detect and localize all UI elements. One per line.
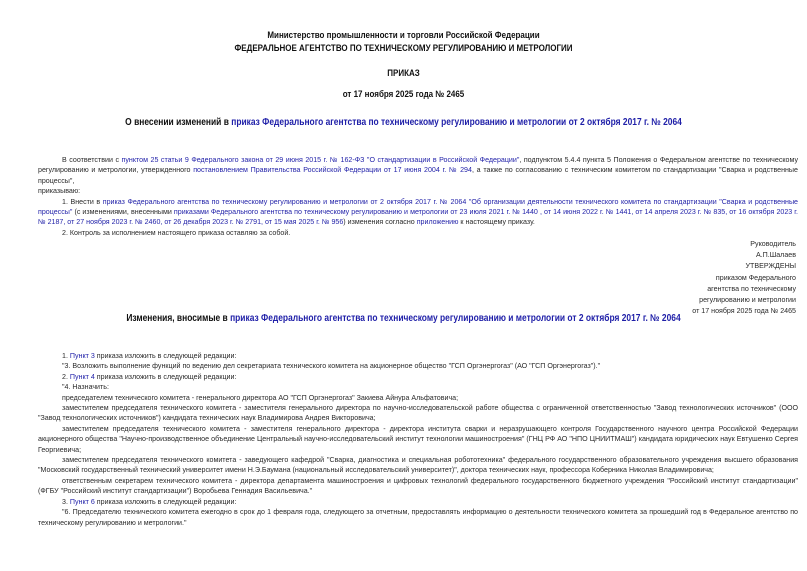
change-1: 1. Пункт 3 приказа изложить в следующей … [38,351,798,361]
appointment-deputy-1: заместителем председателя технического к… [38,403,798,424]
title-link[interactable]: приказ Федерального агентства по техниче… [231,117,682,128]
annex-body: 1. Пункт 3 приказа изложить в следующей … [38,351,798,528]
change-text: приказа изложить в следующей редакции: [95,498,237,506]
signer-position: Руководитель [576,239,796,250]
document-title: О внесении изменений в приказ Федерально… [56,117,750,128]
approved-line-2: агентства по техническому [576,284,796,295]
order-item-2: 2. Контроль за исполнением настоящего пр… [38,228,798,238]
appointment-secretary: ответственным секретарем технического ко… [38,476,798,497]
change-2-quote: "4. Назначить: [38,382,798,392]
decree-link[interactable]: постановлением Правительства Российской … [193,166,472,174]
clause-3-link[interactable]: Пункт 3 [70,352,95,360]
clause-6-link[interactable]: Пункт 6 [70,498,95,506]
change-1-quote: "3. Возложить выполнение функций по веде… [38,361,798,371]
document-date: от 17 ноября 2025 года № 2465 [56,89,750,99]
change-3: 3. Пункт 6 приказа изложить в следующей … [38,497,798,507]
title-prefix: О внесении изменений в [125,117,231,128]
appointment-deputy-2: заместителем председателя технического к… [38,424,798,455]
preamble: В соответствии с пунктом 25 статьи 9 Фед… [38,155,798,186]
clause-4-link[interactable]: Пункт 4 [70,373,95,381]
preamble-text: В соответствии с [62,156,122,164]
annex-title: Изменения, вносимые в приказ Федеральног… [56,313,750,324]
change-number: 3. [62,498,70,506]
item-text: ) изменения согласно [343,218,416,226]
change-number: 2. [62,373,70,381]
item-text: (с изменениями, внесенными [72,208,174,216]
order-body: В соответствии с пунктом 25 статьи 9 Фед… [38,155,798,238]
document-type: ПРИКАЗ [56,68,750,78]
signature-block: Руководитель А.П.Шалаев УТВЕРЖДЕНЫ прика… [576,239,796,317]
agency-name: ФЕДЕРАЛЬНОЕ АГЕНТСТВО ПО ТЕХНИЧЕСКОМУ РЕ… [56,43,750,53]
appointment-deputy-3: заместителем председателя технического к… [38,455,798,476]
change-text: приказа изложить в следующей редакции: [95,352,237,360]
item-text: к настоящему приказу. [458,218,534,226]
annex-title-link[interactable]: приказ Федерального агентства по техниче… [230,313,681,324]
signer-name: А.П.Шалаев [576,250,796,261]
approved-line-1: приказом Федерального [576,273,796,284]
order-word: приказываю: [38,186,798,196]
ministry-name: Министерство промышленности и торговли Р… [56,30,750,40]
change-2: 2. Пункт 4 приказа изложить в следующей … [38,372,798,382]
annex-title-prefix: Изменения, вносимые в [126,313,230,324]
approved-label: УТВЕРЖДЕНЫ [576,261,796,272]
item-text: 1. Внести в [62,198,103,206]
law-link[interactable]: пунктом 25 статьи 9 Федерального закона … [122,156,520,164]
appointment-chair: председателем технического комитета - ге… [38,393,798,403]
order-item-1: 1. Внести в приказ Федерального агентств… [38,197,798,228]
change-3-quote: "6. Председателю технического комитета е… [38,507,798,528]
annex-link[interactable]: приложению [417,218,459,226]
approved-line-3: регулированию и метрологии [576,295,796,306]
change-text: приказа изложить в следующей редакции: [95,373,237,381]
change-number: 1. [62,352,70,360]
